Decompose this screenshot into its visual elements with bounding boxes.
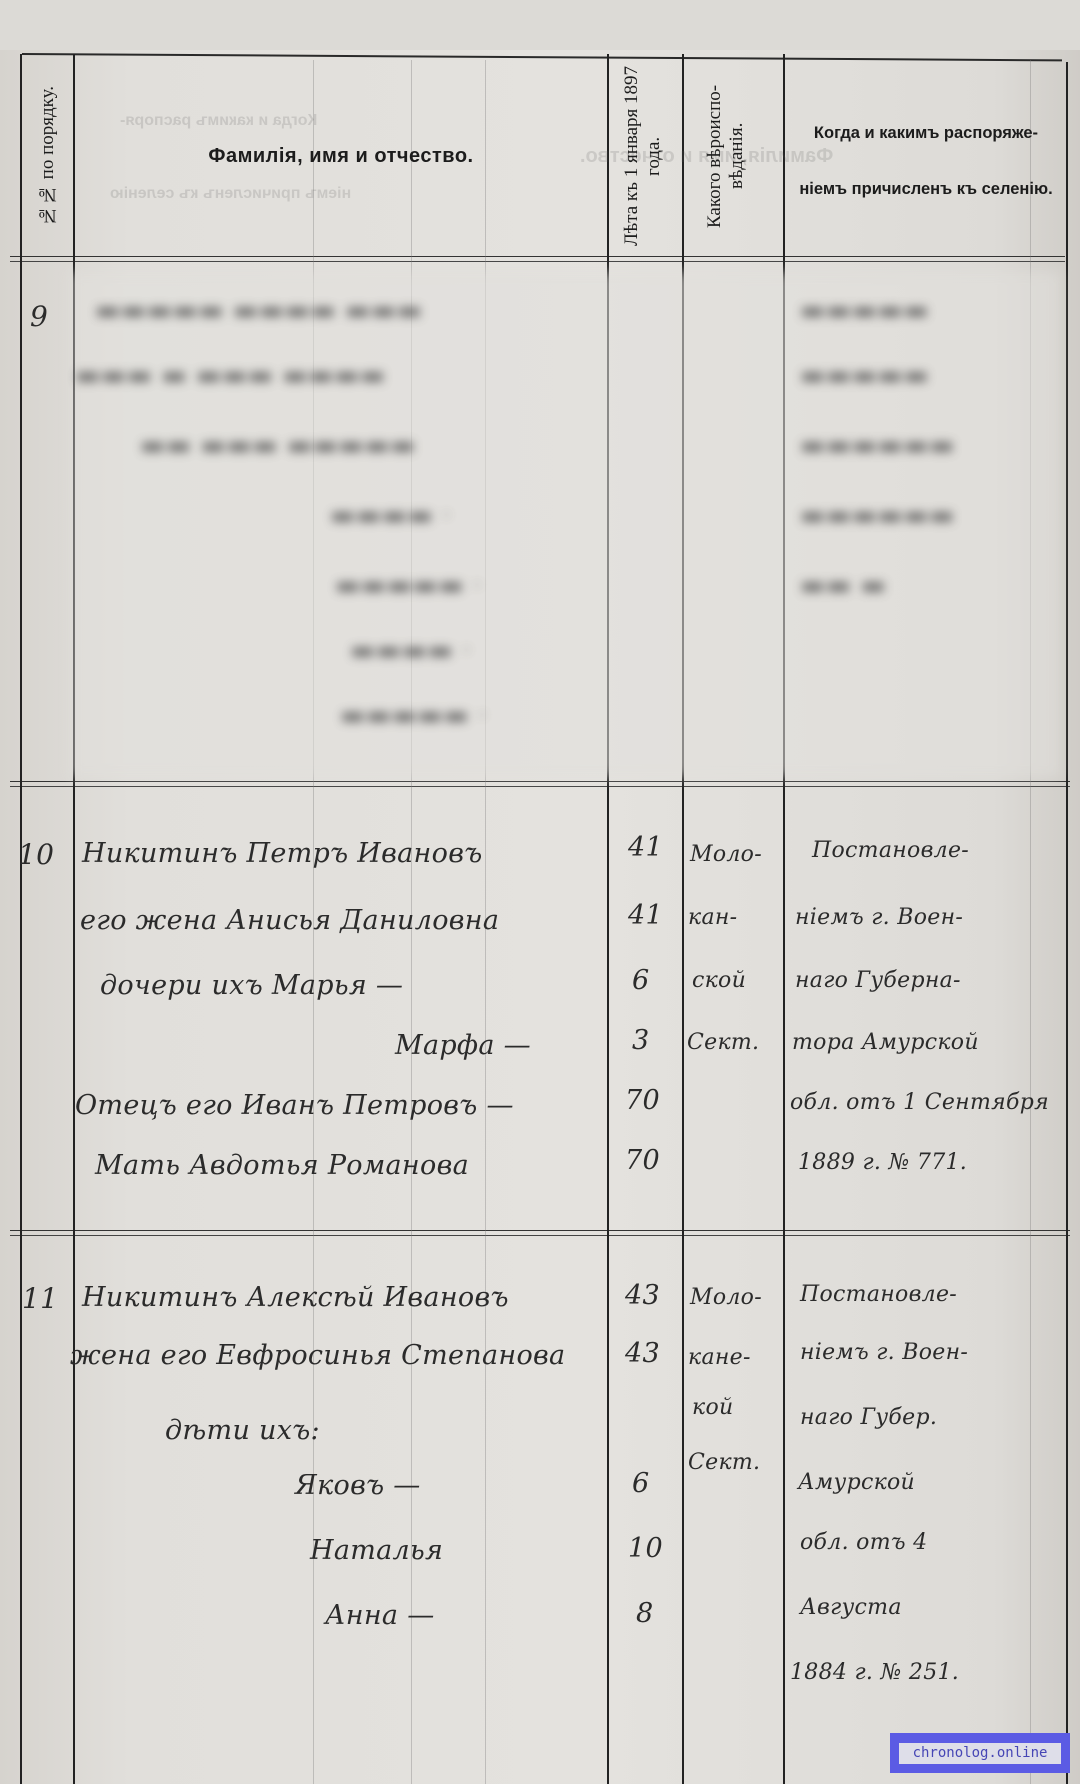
decree-text: 1889 г. № 771.: [798, 1150, 967, 1175]
decree-text: ніемъ г. Воен-: [795, 905, 963, 930]
member-age: 70: [625, 1145, 660, 1176]
religion-text: Моло-: [690, 1285, 762, 1310]
member-age: 3: [632, 1025, 649, 1056]
member-name: Отецъ его Иванъ Петровъ —: [75, 1090, 514, 1121]
header-religion-label: Какого вѣроиспо-вѣданія.: [704, 56, 764, 256]
member-name: жена его Евфросинья Степанова: [70, 1340, 565, 1371]
member-age: 70: [625, 1085, 660, 1116]
member-name: дочери ихъ Марья —: [100, 970, 403, 1001]
religion-text: Сект.: [687, 1030, 759, 1055]
member-age: 6: [632, 1468, 649, 1499]
decree-text: обл. отъ 4: [800, 1530, 927, 1555]
member-age: 43: [625, 1280, 660, 1311]
entry-separator-10-11: [10, 1230, 1070, 1236]
decree-text: наго Губерна-: [795, 968, 961, 993]
header-bottom-rule: [10, 256, 1065, 262]
decree-text: Амурской: [798, 1470, 915, 1495]
member-name: Марфа —: [395, 1030, 531, 1061]
header-religion: Какого вѣроиспо-вѣданія.: [685, 56, 783, 256]
decree-text: обл. отъ 1 Сентября: [790, 1090, 1049, 1115]
member-name: Никитинъ Петръ Ивановъ: [82, 838, 483, 869]
member-name: Мать Авдотья Романова: [95, 1150, 469, 1181]
table-left-border: [20, 54, 22, 1784]
decree-text: тора Амурской: [792, 1030, 979, 1055]
religion-text: ской: [692, 968, 746, 993]
member-name: Яковъ —: [295, 1470, 421, 1501]
watermark-badge: chronolog.online: [890, 1733, 1070, 1773]
member-age: 6: [632, 965, 649, 996]
member-name: Наталья: [310, 1535, 443, 1566]
member-age: 41: [628, 900, 663, 931]
decree-text: Августа: [800, 1595, 902, 1620]
header-number: №№ по порядку.: [22, 56, 74, 256]
watermark-text: chronolog.online: [899, 1743, 1061, 1764]
member-name: Анна —: [325, 1600, 435, 1631]
decree-text: Постановле-: [812, 838, 969, 863]
religion-text: кане-: [688, 1345, 751, 1370]
member-name: его жена Анисья Даниловна: [80, 905, 499, 936]
member-age: 41: [628, 832, 663, 863]
entry-number: 11: [22, 1282, 58, 1315]
member-age: 43: [625, 1338, 660, 1369]
decree-text: 1884 г. № 251.: [790, 1660, 959, 1685]
register-page: Когда и какимъ распоря- ніемъ причисленъ…: [0, 0, 1080, 1784]
header-number-label: №№ по порядку.: [37, 86, 59, 226]
entry-number: 10: [18, 838, 54, 871]
header-decree: Когда и какимъ распоряже- ніемъ причисле…: [786, 66, 1066, 256]
member-age: 8: [636, 1598, 653, 1629]
member-age: 10: [628, 1533, 663, 1564]
entry-separator-9-10: [10, 781, 1070, 787]
decree-text: ніемъ г. Воен-: [800, 1340, 968, 1365]
header-age: Лѣта къ 1 января 1897 года.: [610, 56, 682, 256]
header-decree-line-1: Когда и какимъ распоряже-: [814, 105, 1038, 161]
header-name-label: Фамилія, имя и отчество.: [208, 145, 473, 168]
religion-text: кан-: [688, 905, 737, 930]
entry-number: 9: [30, 300, 48, 333]
member-name: Никитинъ Алексѣй Ивановъ: [82, 1282, 509, 1313]
religion-text: кой: [692, 1395, 733, 1420]
header-age-label: Лѣта къ 1 января 1897 года.: [621, 56, 671, 256]
page-top-margin: [0, 0, 1080, 50]
header-name: Фамилія, имя и отчество.: [76, 56, 606, 256]
member-name: дѣти ихъ:: [165, 1415, 320, 1446]
header-decree-line-2: ніемъ причисленъ къ селенію.: [799, 161, 1052, 217]
decree-text: Постановле-: [800, 1282, 957, 1307]
decree-text: наго Губер.: [800, 1405, 937, 1430]
religion-text: Моло-: [690, 842, 762, 867]
table-right-border: [1066, 62, 1068, 1784]
religion-text: Сект.: [688, 1450, 760, 1475]
